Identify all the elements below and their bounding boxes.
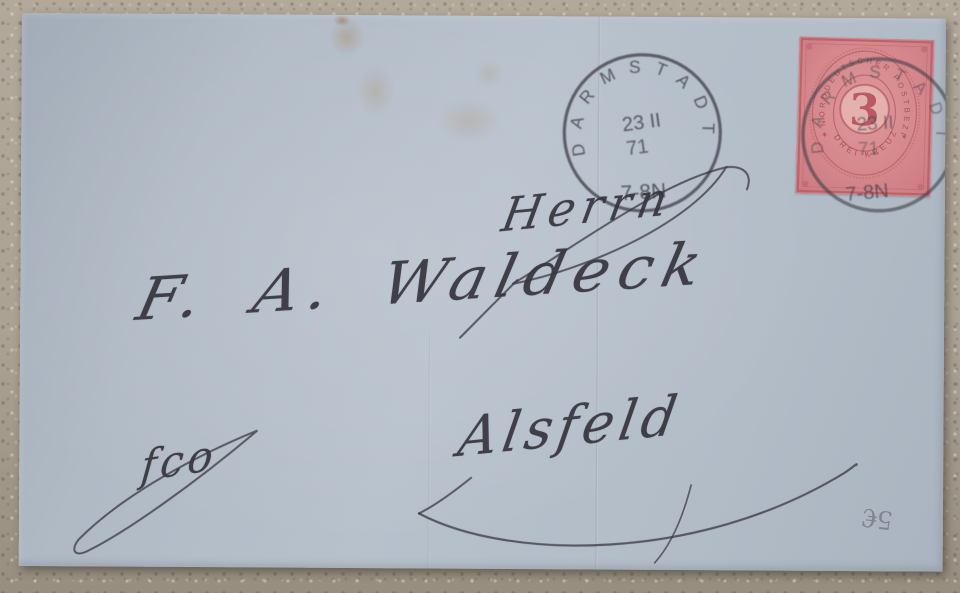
destination-underline-swash <box>419 462 857 548</box>
photograph: NORDDEUTSCHER POSTBEZIRK DREI KREUZER ✶ … <box>0 0 960 593</box>
salutation-flourish-loop <box>512 166 726 285</box>
envelope: NORDDEUTSCHER POSTBEZIRK DREI KREUZER ✶ … <box>19 13 946 572</box>
destination-swash-leadin <box>419 477 471 513</box>
pencil-price-note: 5€ <box>859 502 894 535</box>
franco-flourish-loop <box>74 429 257 554</box>
letter-descender-stroke <box>655 485 691 563</box>
ink-flourishes <box>19 13 946 572</box>
salutation-flourish-tail <box>460 280 517 338</box>
salutation-flourish-end <box>726 167 749 189</box>
